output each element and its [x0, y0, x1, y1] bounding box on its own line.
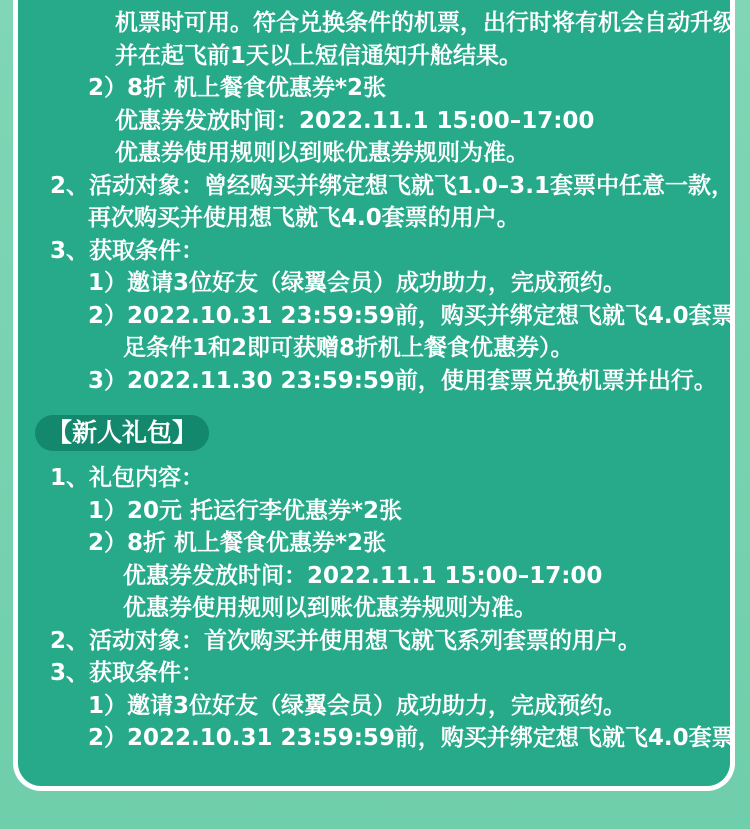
text-line: 足条件1和2即可获赠8折机上餐食优惠券）。 [18, 332, 730, 365]
text-line: 3）2022.11.30 23:59:59前，使用套票兑换机票并出行。 [18, 365, 730, 398]
text-line: 1）邀请3位好友（绿翼会员）成功助力，完成预约。 [18, 267, 730, 300]
text-line: 1、礼包内容： [18, 462, 730, 495]
text-line: 2）2022.10.31 23:59:59前，购买并绑定想飞就飞4.0套票。 [18, 722, 730, 755]
text-line: 2）2022.10.31 23:59:59前，购买并绑定想飞就飞4.0套票（满 [18, 300, 730, 333]
text-line: 并在起飞前1天以上短信通知升舱结果。 [18, 40, 730, 73]
section-newcomer-gift: 1、礼包内容：1）20元 托运行李优惠券*2张2）8折 机上餐食优惠券*2张优惠… [18, 462, 730, 755]
text-line: 1）邀请3位好友（绿翼会员）成功助力，完成预约。 [18, 690, 730, 723]
text-line: 再次购买并使用想飞就飞4.0套票的用户。 [18, 202, 730, 235]
text-line: 2）8折 机上餐食优惠券*2张 [18, 527, 730, 560]
badge-row: 【新人礼包】 [35, 415, 730, 451]
text-line: 优惠券使用规则以到账优惠券规则为准。 [18, 137, 730, 170]
newcomer-gift-badge: 【新人礼包】 [35, 415, 209, 451]
promo-rules-page: { "page": { "colors": { "background_top"… [0, 0, 750, 829]
text-line: 机票时可用。符合兑换条件的机票，出行时将有机会自动升级， [18, 7, 730, 40]
text-line: 1）20元 托运行李优惠券*2张 [18, 495, 730, 528]
terms-panel: 机票时可用。符合兑换条件的机票，出行时将有机会自动升级，并在起飞前1天以上短信通… [13, 0, 735, 791]
text-line: 2、活动对象：首次购买并使用想飞就飞系列套票的用户。 [18, 625, 730, 658]
text-line: 优惠券使用规则以到账优惠券规则为准。 [18, 592, 730, 625]
text-line: 2、活动对象：曾经购买并绑定想飞就飞1.0–3.1套票中任意一款， [18, 170, 730, 203]
text-line: 3、获取条件： [18, 235, 730, 268]
text-line: 优惠券发放时间：2022.11.1 15:00–17:00 [18, 560, 730, 593]
section-repeat-customer-rules: 机票时可用。符合兑换条件的机票，出行时将有机会自动升级，并在起飞前1天以上短信通… [18, 0, 730, 397]
text-line: 2）8折 机上餐食优惠券*2张 [18, 72, 730, 105]
text-line: 优惠券发放时间：2022.11.1 15:00–17:00 [18, 105, 730, 138]
text-line: 3、获取条件： [18, 657, 730, 690]
